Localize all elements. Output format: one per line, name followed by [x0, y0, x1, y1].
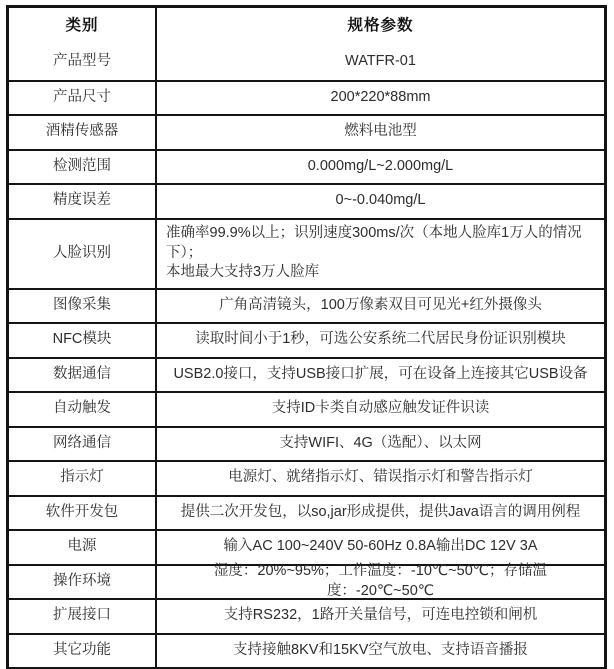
table-row: 产品型号 WATFR-01 [9, 45, 604, 80]
table-row: 检测范围 0.000mg/L~2.000mg/L [9, 149, 604, 184]
table-row: 指示灯 电源灯、就绪指示灯、错误指示灯和警告指示灯 [9, 460, 604, 495]
row-label: 电源 [9, 531, 157, 564]
row-value: 200*220*88mm [157, 82, 604, 115]
table-row: 电源 输入AC 100~240V 50-60Hz 0.8A输出DC 12V 3A [9, 529, 604, 564]
table-row: 人脸识别 准确率99.9%以上；识别速度300ms/次（本地人脸库1万人的情况下… [9, 218, 604, 288]
row-value: 提供二次开发包，以so,jar形成提供，提供Java语言的调用例程 [157, 497, 604, 530]
row-label: 检测范围 [9, 151, 157, 184]
row-label: 扩展接口 [9, 600, 157, 633]
row-value: 支持WIFI、4G（选配）、以太网 [157, 428, 604, 461]
table-row: 产品尺寸 200*220*88mm [9, 80, 604, 115]
row-value: 电源灯、就绪指示灯、错误指示灯和警告指示灯 [157, 462, 604, 495]
table-row: 酒精传感器 燃料电池型 [9, 114, 604, 149]
row-label: 精度误差 [9, 185, 157, 218]
spec-table: 类别 规格参数 产品型号 WATFR-01 产品尺寸 200*220*88mm … [6, 5, 607, 669]
table-row: 其它功能 支持接触8KV和15KV空气放电、支持语音播报 [9, 633, 604, 668]
row-label: 网络通信 [9, 428, 157, 461]
row-label: 软件开发包 [9, 497, 157, 530]
table-row: NFC模块 读取时间小于1秒，可选公安系统二代居民身份证识别模块 [9, 322, 604, 357]
header-category-cell: 类别 [9, 8, 157, 45]
table-row: 图像采集 广角高清镜头，100万像素双目可见光+红外摄像头 [9, 288, 604, 323]
row-label: 产品尺寸 [9, 82, 157, 115]
table-row: 数据通信 USB2.0接口，支持USB接口扩展，可在设备上连接其它USB设备 [9, 357, 604, 392]
row-value: 支持RS232，1路开关量信号，可连电控锁和闸机 [157, 600, 604, 633]
row-value: 支持接触8KV和15KV空气放电、支持语音播报 [157, 635, 604, 668]
row-value: 湿度：20%~95%；工作温度：-10℃~50℃；存储温度：-20℃~50℃ [157, 566, 604, 599]
row-label: 操作环境 [9, 566, 157, 599]
table-row: 操作环境 湿度：20%~95%；工作温度：-10℃~50℃；存储温度：-20℃~… [9, 564, 604, 599]
row-value: 输入AC 100~240V 50-60Hz 0.8A输出DC 12V 3A [157, 531, 604, 564]
row-value: 准确率99.9%以上；识别速度300ms/次（本地人脸库1万人的情况下）； 本地… [157, 220, 604, 288]
table-row: 精度误差 0~-0.040mg/L [9, 183, 604, 218]
table-row: 网络通信 支持WIFI、4G（选配）、以太网 [9, 426, 604, 461]
row-label: 酒精传感器 [9, 116, 157, 149]
row-label: 图像采集 [9, 290, 157, 323]
header-row: 类别 规格参数 [9, 8, 604, 45]
row-label: 人脸识别 [9, 220, 157, 288]
row-value: WATFR-01 [157, 45, 604, 80]
table-row: 软件开发包 提供二次开发包，以so,jar形成提供，提供Java语言的调用例程 [9, 495, 604, 530]
row-label: NFC模块 [9, 324, 157, 357]
row-label: 自动触发 [9, 393, 157, 426]
row-value: 支持ID卡类自动感应触发证件识读 [157, 393, 604, 426]
table-row: 扩展接口 支持RS232，1路开关量信号，可连电控锁和闸机 [9, 598, 604, 633]
row-value: 广角高清镜头，100万像素双目可见光+红外摄像头 [157, 290, 604, 323]
row-value: 燃料电池型 [157, 116, 604, 149]
row-value: 读取时间小于1秒，可选公安系统二代居民身份证识别模块 [157, 324, 604, 357]
row-label: 其它功能 [9, 635, 157, 668]
row-label: 指示灯 [9, 462, 157, 495]
row-label: 数据通信 [9, 359, 157, 392]
row-label: 产品型号 [9, 45, 157, 80]
row-value: 0.000mg/L~2.000mg/L [157, 151, 604, 184]
header-spec-cell: 规格参数 [157, 8, 604, 45]
table-row: 自动触发 支持ID卡类自动感应触发证件识读 [9, 391, 604, 426]
row-value: 0~-0.040mg/L [157, 185, 604, 218]
row-value: USB2.0接口，支持USB接口扩展，可在设备上连接其它USB设备 [157, 359, 604, 392]
